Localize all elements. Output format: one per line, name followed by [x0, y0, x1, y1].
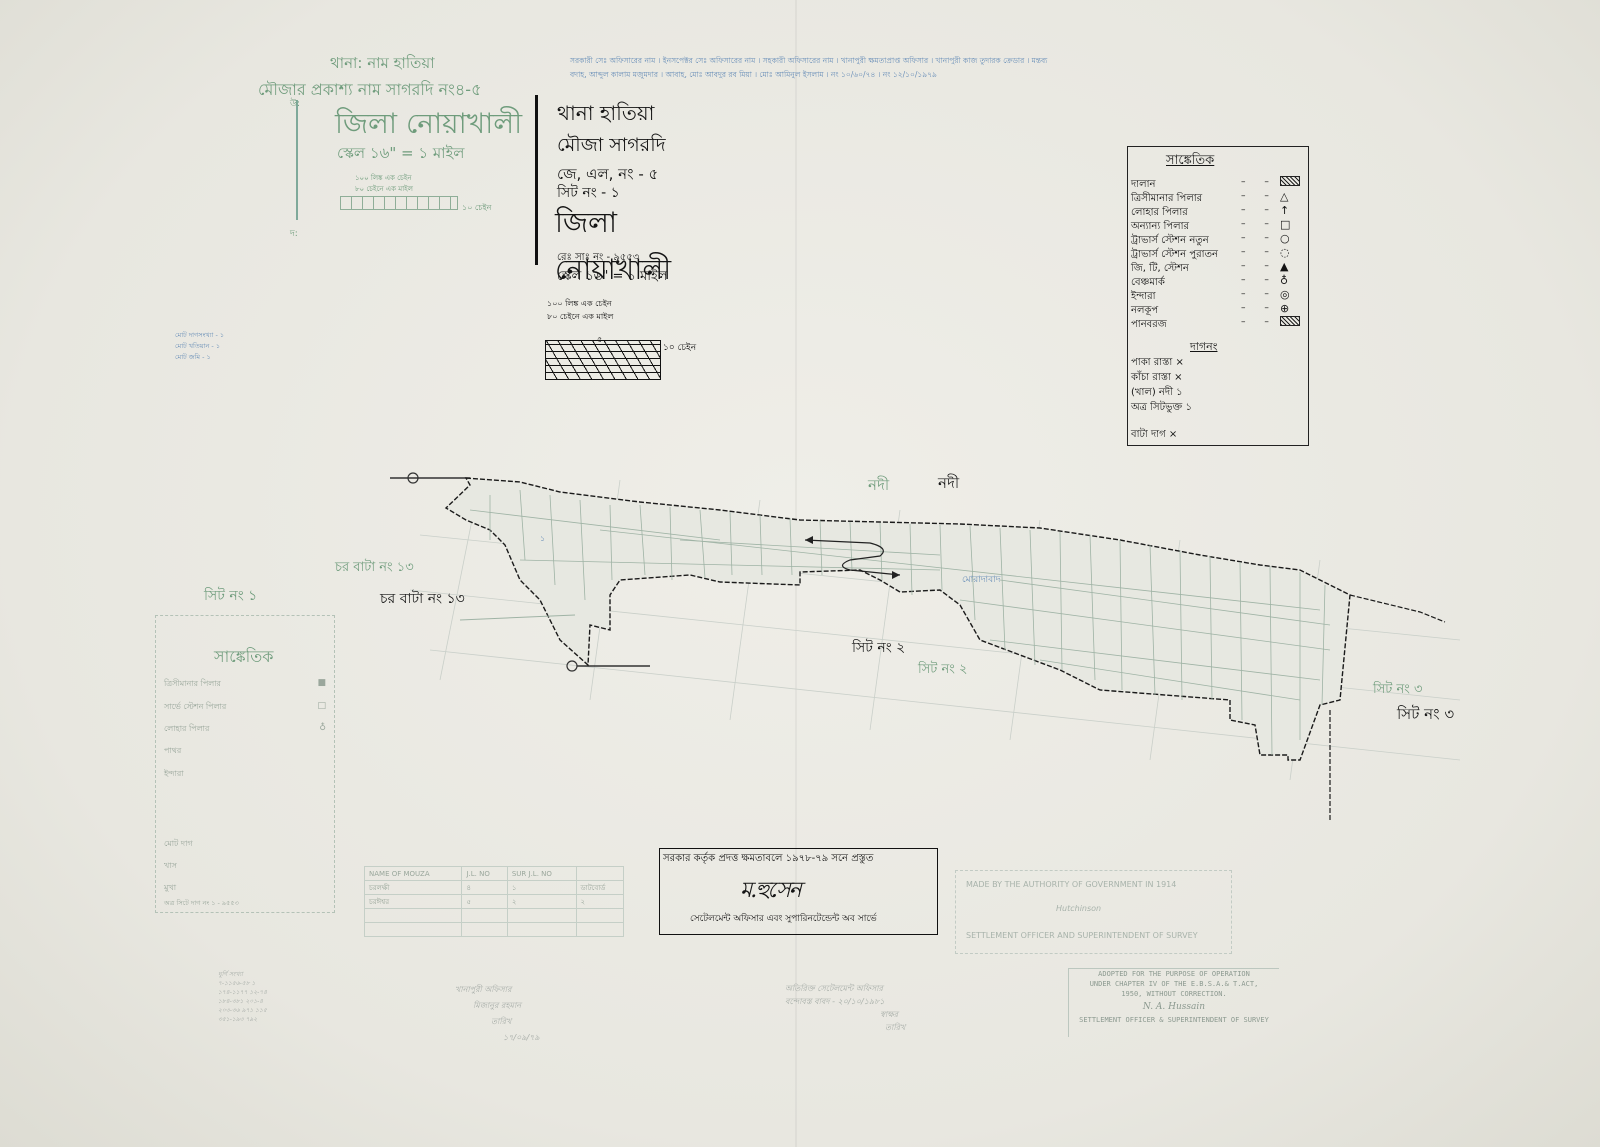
- stamp-line: UNDER CHAPTER IV OF THE E.B.S.A.& T.ACT,: [1069, 979, 1279, 989]
- char-bata-label-green: চর বাটা নং ১৩: [335, 558, 414, 579]
- note-line: ১৭/০৯/৭৯: [455, 1030, 540, 1046]
- old-legend-footer: মুখা: [164, 882, 176, 895]
- note-line: মিজানুর রহমান: [455, 998, 540, 1014]
- note-line: তারিখ: [785, 1021, 905, 1034]
- sheet-1-label: সিট নং ১: [204, 584, 257, 608]
- table-cell: চরলক্ষী: [365, 881, 462, 895]
- parcel-marker: ১: [540, 533, 545, 546]
- adopted-stamp: ADOPTED FOR THE PURPOSE OF OPERATION UND…: [1068, 968, 1279, 1037]
- traverse-station-icon: [567, 661, 577, 671]
- old-legend-footer: মোট দাগ: [164, 838, 193, 851]
- certification-box: সরকার কর্তৃক প্রদত্ত ক্ষমতাবলে ১৯৭৮-৭৯ স…: [659, 848, 938, 935]
- note-line: তারিখ: [455, 1014, 540, 1030]
- table-cell: [576, 867, 623, 881]
- note-line: বন্দোবস্ত বাবদ - ২০/১০/১৯৮১: [785, 995, 905, 1008]
- sheet-3-label: সিট নং ৩: [1397, 703, 1454, 728]
- river-label: নদী: [938, 472, 959, 497]
- note-line: অতিরিক্ত সেটেলমেন্ট অফিসার: [785, 982, 905, 995]
- table-cell: ডাটবোর্ড: [576, 881, 623, 895]
- table-row: চরলক্ষী ৪ ১ ডাটবোর্ড: [365, 881, 624, 895]
- officer-signature: ম.হুসেন: [740, 873, 800, 910]
- table-header: NAME OF MOUZA J.L. NO SUR J.L. NO: [365, 867, 624, 881]
- original-authority-box: MADE BY THE AUTHORITY OF GOVERNMENT IN 1…: [955, 870, 1232, 954]
- handwritten-notes-center-left: খানাপুরী অফিসার মিজানুর রহমান তারিখ ১৭/০…: [455, 982, 540, 1046]
- stamp-line: ADOPTED FOR THE PURPOSE OF OPERATION: [1069, 969, 1279, 979]
- mouza-table: NAME OF MOUZA J.L. NO SUR J.L. NO চরলক্ষ…: [364, 866, 624, 937]
- mouza-boundary: [446, 478, 1350, 760]
- table-row: চরঈশ্বর ৫ ২ ২: [365, 895, 624, 909]
- officer-title: সেটেলমেন্ট অফিসার এবং সুপারিনটেন্ডেন্ট অ…: [690, 911, 877, 926]
- note-line: স্বাক্ষর: [785, 1008, 905, 1021]
- table-cell: ৫: [462, 895, 507, 909]
- old-legend-box: সাঙ্কেতিক ত্রিসীমানার পিলার ■ সার্ভে স্ট…: [155, 615, 335, 913]
- authority-text: MADE BY THE AUTHORITY OF GOVERNMENT IN 1…: [966, 880, 1176, 889]
- sheet-3-label-green: সিট নং ৩: [1373, 680, 1422, 701]
- stamp-line: SETTLEMENT OFFICER & SUPERINTENDENT OF S…: [1069, 1015, 1279, 1025]
- old-legend-row: পাথর: [164, 745, 181, 758]
- table-cell: J.L. NO: [462, 867, 507, 881]
- table-cell: চরঈশ্বর: [365, 895, 462, 909]
- note-line: খানাপুরী অফিসার: [455, 982, 540, 998]
- char-bata-label: চর বাটা নং ১৩: [380, 587, 465, 611]
- note-line: ১৮৪-৩৮১ ২০১-৪: [218, 997, 267, 1006]
- old-legend-footer: অত্র সিটে দাগ নং ১ - ৯৫৫৩: [164, 898, 239, 909]
- handwritten-notes-center-right: অতিরিক্ত সেটেলমেন্ট অফিসার বন্দোবস্ত বাব…: [785, 982, 905, 1034]
- old-legend-row: ইন্দারা: [164, 768, 184, 781]
- note-line: ২০৩-৩৬ ৯৭১ ১১৫: [218, 1006, 267, 1015]
- note-line: ৩৫১-১৯৩ ৭৯২: [218, 1015, 267, 1024]
- old-legend-footer: খাস: [164, 860, 177, 873]
- note-line: ১৭৪-১১৭৭ ১২-৭৪: [218, 988, 267, 997]
- old-legend-row: লোহার পিলার: [164, 723, 209, 736]
- table-cell: SUR J.L. NO: [507, 867, 576, 881]
- table-row: [365, 909, 624, 923]
- note-line: ঘুর্ণি সংখ্যা: [218, 970, 267, 979]
- blue-map-note: মোরাদাবাদ: [962, 572, 1001, 587]
- sheet-2-label-green: সিট নং ২: [918, 660, 967, 681]
- table-cell: ২: [507, 895, 576, 909]
- sheet-2-label: সিট নং ২: [852, 636, 905, 660]
- stamp-signature: N. A. Hussain: [1069, 1002, 1279, 1012]
- square-icon: □: [317, 701, 326, 711]
- handwritten-notes-left: ঘুর্ণি সংখ্যা ৭-১১৫৬-৫৮ ১ ১৭৪-১১৭৭ ১২-৭৪…: [218, 970, 267, 1024]
- old-legend-row: সার্ভে স্টেশন পিলার: [164, 701, 226, 714]
- table-cell: ২: [576, 895, 623, 909]
- note-line: ৭-১১৫৬-৫৮ ১: [218, 979, 267, 988]
- old-legend-title: সাঙ্কেতিক: [214, 644, 273, 671]
- table-cell: ৪: [462, 881, 507, 895]
- river-label-green: নদী: [868, 474, 889, 499]
- table-row: [365, 923, 624, 937]
- table-cell: ১: [507, 881, 576, 895]
- stamp-line: 1950, WITHOUT CORRECTION.: [1069, 989, 1279, 999]
- filled-square-icon: ■: [317, 678, 326, 688]
- old-legend-row: ত্রিসীমানার পিলার: [164, 678, 221, 691]
- certification-text: সরকার কর্তৃক প্রদত্ত ক্ষমতাবলে ১৯৭৮-৭৯ স…: [663, 851, 873, 868]
- authority-title: SETTLEMENT OFFICER AND SUPERINTENDENT OF…: [966, 931, 1198, 940]
- authority-signature: Hutchinson: [1056, 904, 1101, 913]
- table-cell: NAME OF MOUZA: [365, 867, 462, 881]
- pillar-icon: ♁: [319, 723, 326, 733]
